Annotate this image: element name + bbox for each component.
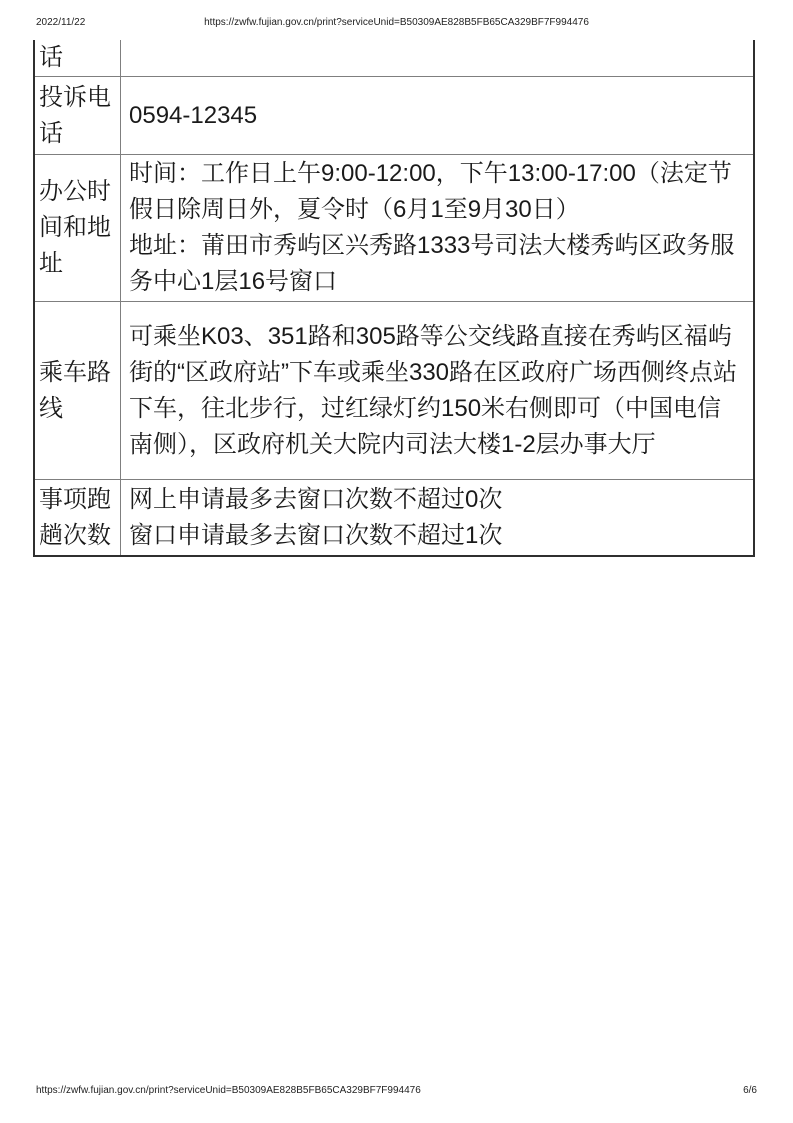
row-label: 投诉电话 bbox=[35, 77, 121, 154]
row-content: 时间：工作日上午9:00-12:00，下午13:00-17:00（法定节假日除周… bbox=[121, 155, 753, 301]
content-line: 网上申请最多去窗口次数不超过0次 bbox=[129, 482, 745, 518]
page-number: 6/6 bbox=[743, 1085, 757, 1096]
table-row-office-hours-address: 办公时间和地址 时间：工作日上午9:00-12:00，下午13:00-17:00… bbox=[35, 154, 753, 301]
print-header: 2022/11/22 https://zwfw.fujian.gov.cn/pr… bbox=[36, 17, 757, 31]
table-row-phone-cutoff: 话 bbox=[35, 40, 753, 76]
table-row-complaint-phone: 投诉电话 0594-12345 bbox=[35, 76, 753, 154]
table-row-transit-route: 乘车路线 可乘坐K03、351路和305路等公交线路直接在秀屿区福屿街的“区政府… bbox=[35, 301, 753, 479]
content-line: 0594-12345 bbox=[129, 98, 745, 134]
row-label: 事项跑趟次数 bbox=[35, 480, 121, 555]
table-row-visit-counts: 事项跑趟次数 网上申请最多去窗口次数不超过0次 窗口申请最多去窗口次数不超过1次 bbox=[35, 479, 753, 555]
row-label: 乘车路线 bbox=[35, 302, 121, 479]
label-line: 投诉电话 bbox=[39, 80, 120, 152]
row-content bbox=[121, 40, 753, 76]
content-line: 可乘坐K03、351路和305路等公交线路直接在秀屿区福屿街的“区政府站”下车或… bbox=[129, 319, 745, 463]
row-label: 话 bbox=[35, 40, 121, 76]
content-line: 时间：工作日上午9:00-12:00，下午13:00-17:00（法定节假日除周… bbox=[129, 156, 745, 228]
print-header-url: https://zwfw.fujian.gov.cn/print?service… bbox=[36, 17, 757, 28]
row-label: 办公时间和地址 bbox=[35, 155, 121, 301]
label-line: 事项跑趟次数 bbox=[39, 482, 120, 554]
label-line: 乘车路线 bbox=[39, 355, 120, 427]
print-footer: https://zwfw.fujian.gov.cn/print?service… bbox=[36, 1085, 757, 1099]
print-page: 2022/11/22 https://zwfw.fujian.gov.cn/pr… bbox=[0, 0, 793, 1123]
content-line: 窗口申请最多去窗口次数不超过1次 bbox=[129, 518, 745, 554]
content-line: 地址：莆田市秀屿区兴秀路1333号司法大楼秀屿区政务服务中心1层16号窗口 bbox=[129, 228, 745, 300]
print-footer-url: https://zwfw.fujian.gov.cn/print?service… bbox=[36, 1085, 421, 1096]
row-content: 0594-12345 bbox=[121, 77, 753, 154]
label-line: 话 bbox=[39, 40, 120, 76]
row-content: 网上申请最多去窗口次数不超过0次 窗口申请最多去窗口次数不超过1次 bbox=[121, 480, 753, 555]
label-line: 办公时间和地址 bbox=[39, 174, 120, 282]
service-info-table: 话 投诉电话 0594-12345 办公时间和地址 时间：工作日上午9:00-1… bbox=[33, 40, 755, 557]
row-content: 可乘坐K03、351路和305路等公交线路直接在秀屿区福屿街的“区政府站”下车或… bbox=[121, 302, 753, 479]
